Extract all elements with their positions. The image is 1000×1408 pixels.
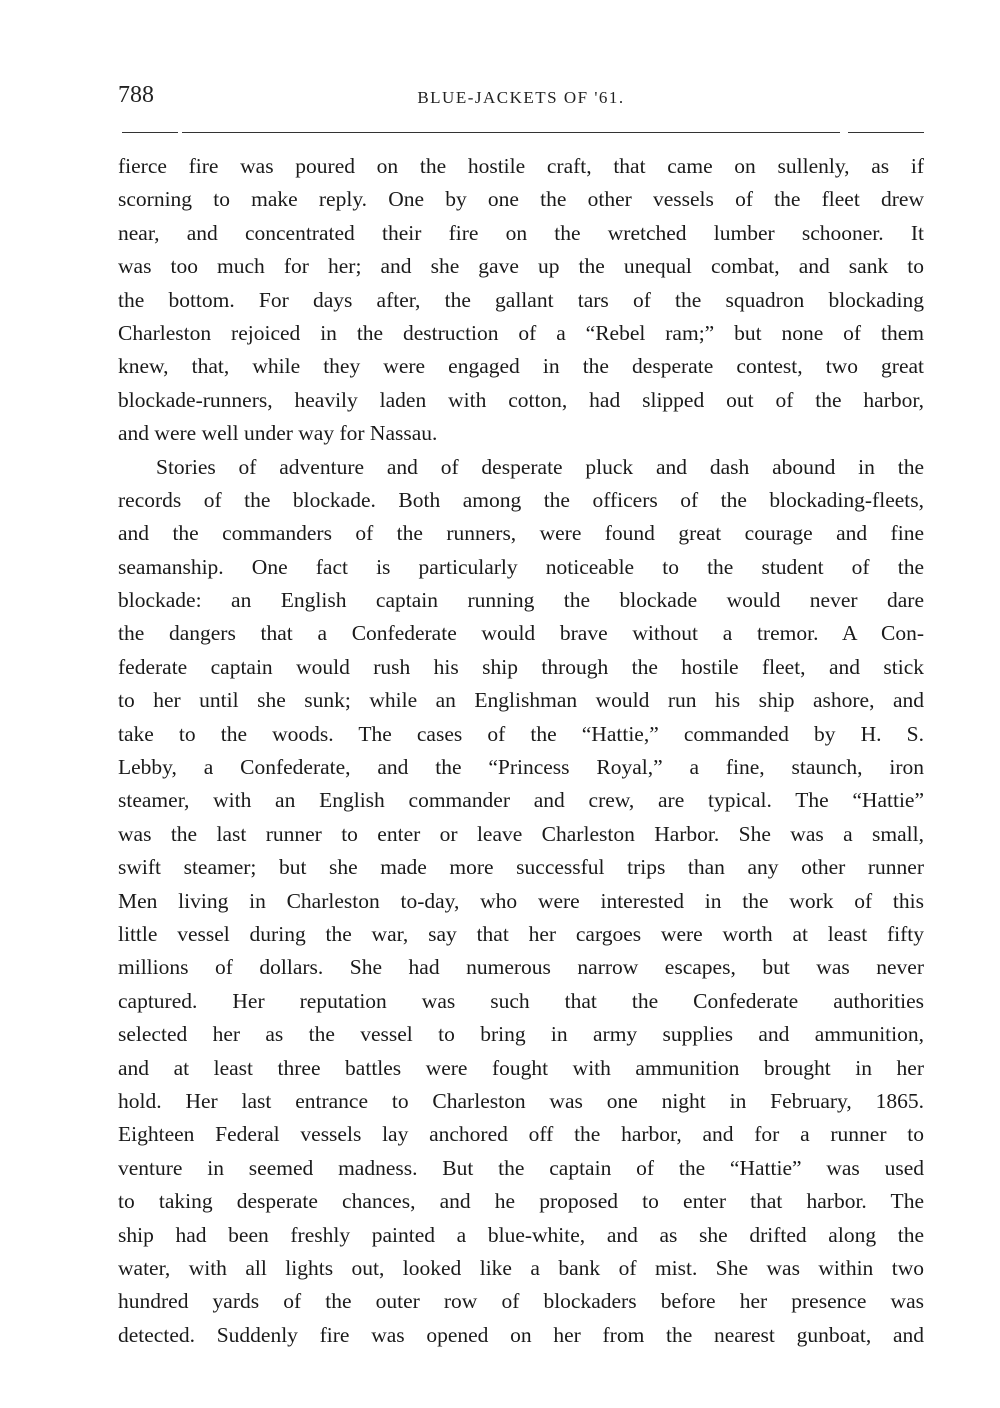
body-text: fierce fire was poured on the hostile cr… <box>118 150 924 1352</box>
text-line: near, and concentrated their fire on the… <box>118 217 924 250</box>
text-line: the dangers that a Confederate would bra… <box>118 617 924 650</box>
page-header: 788 BLUE-JACKETS OF '61. <box>118 82 924 112</box>
header-rule-right <box>848 132 924 133</box>
paragraph: Stories of adventure and of desperate pl… <box>118 451 924 1353</box>
text-line: to her until she sunk; while an Englishm… <box>118 684 924 717</box>
text-line: swift steamer; but she made more success… <box>118 851 924 884</box>
text-line: take to the woods. The cases of the “Hat… <box>118 718 924 751</box>
text-line: Eighteen Federal vessels lay anchored of… <box>118 1118 924 1151</box>
text-line: Men living in Charleston to-day, who wer… <box>118 885 924 918</box>
text-line: the bottom. For days after, the gallant … <box>118 284 924 317</box>
text-line: blockade-runners, heavily laden with cot… <box>118 384 924 417</box>
text-line: captured. Her reputation was such that t… <box>118 985 924 1018</box>
text-line: Stories of adventure and of desperate pl… <box>118 451 924 484</box>
header-rule-left <box>122 132 178 133</box>
text-line: millions of dollars. She had numerous na… <box>118 951 924 984</box>
text-line: detected. Suddenly fire was opened on he… <box>118 1319 924 1352</box>
paragraph-continued: fierce fire was poured on the hostile cr… <box>118 150 924 451</box>
text-line: to taking desperate chances, and he prop… <box>118 1185 924 1218</box>
text-line: selected her as the vessel to bring in a… <box>118 1018 924 1051</box>
running-title: BLUE-JACKETS OF '61. <box>118 88 924 108</box>
text-line: Lebby, a Confederate, and the “Princess … <box>118 751 924 784</box>
header-rule-center <box>182 132 840 133</box>
text-line: was too much for her; and she gave up th… <box>118 250 924 283</box>
text-line: and were well under way for Nassau. <box>118 417 924 450</box>
text-line: hold. Her last entrance to Charleston wa… <box>118 1085 924 1118</box>
book-page: 788 BLUE-JACKETS OF '61. fierce fire was… <box>0 0 1000 1408</box>
text-line: records of the blockade. Both among the … <box>118 484 924 517</box>
text-line: knew, that, while they were engaged in t… <box>118 350 924 383</box>
text-line: water, with all lights out, looked like … <box>118 1252 924 1285</box>
text-line: scorning to make reply. One by one the o… <box>118 183 924 216</box>
text-line: little vessel during the war, say that h… <box>118 918 924 951</box>
text-line: federate captain would rush his ship thr… <box>118 651 924 684</box>
text-line: fierce fire was poured on the hostile cr… <box>118 150 924 183</box>
text-line: and the commanders of the runners, were … <box>118 517 924 550</box>
text-line: ship had been freshly painted a blue-whi… <box>118 1219 924 1252</box>
text-line: hundred yards of the outer row of blocka… <box>118 1285 924 1318</box>
text-line: blockade: an English captain running the… <box>118 584 924 617</box>
text-line: venture in seemed madness. But the capta… <box>118 1152 924 1185</box>
text-line: and at least three battles were fought w… <box>118 1052 924 1085</box>
text-line: was the last runner to enter or leave Ch… <box>118 818 924 851</box>
text-line: seamanship. One fact is particularly not… <box>118 551 924 584</box>
text-line: Charleston rejoiced in the destruction o… <box>118 317 924 350</box>
text-line: steamer, with an English commander and c… <box>118 784 924 817</box>
